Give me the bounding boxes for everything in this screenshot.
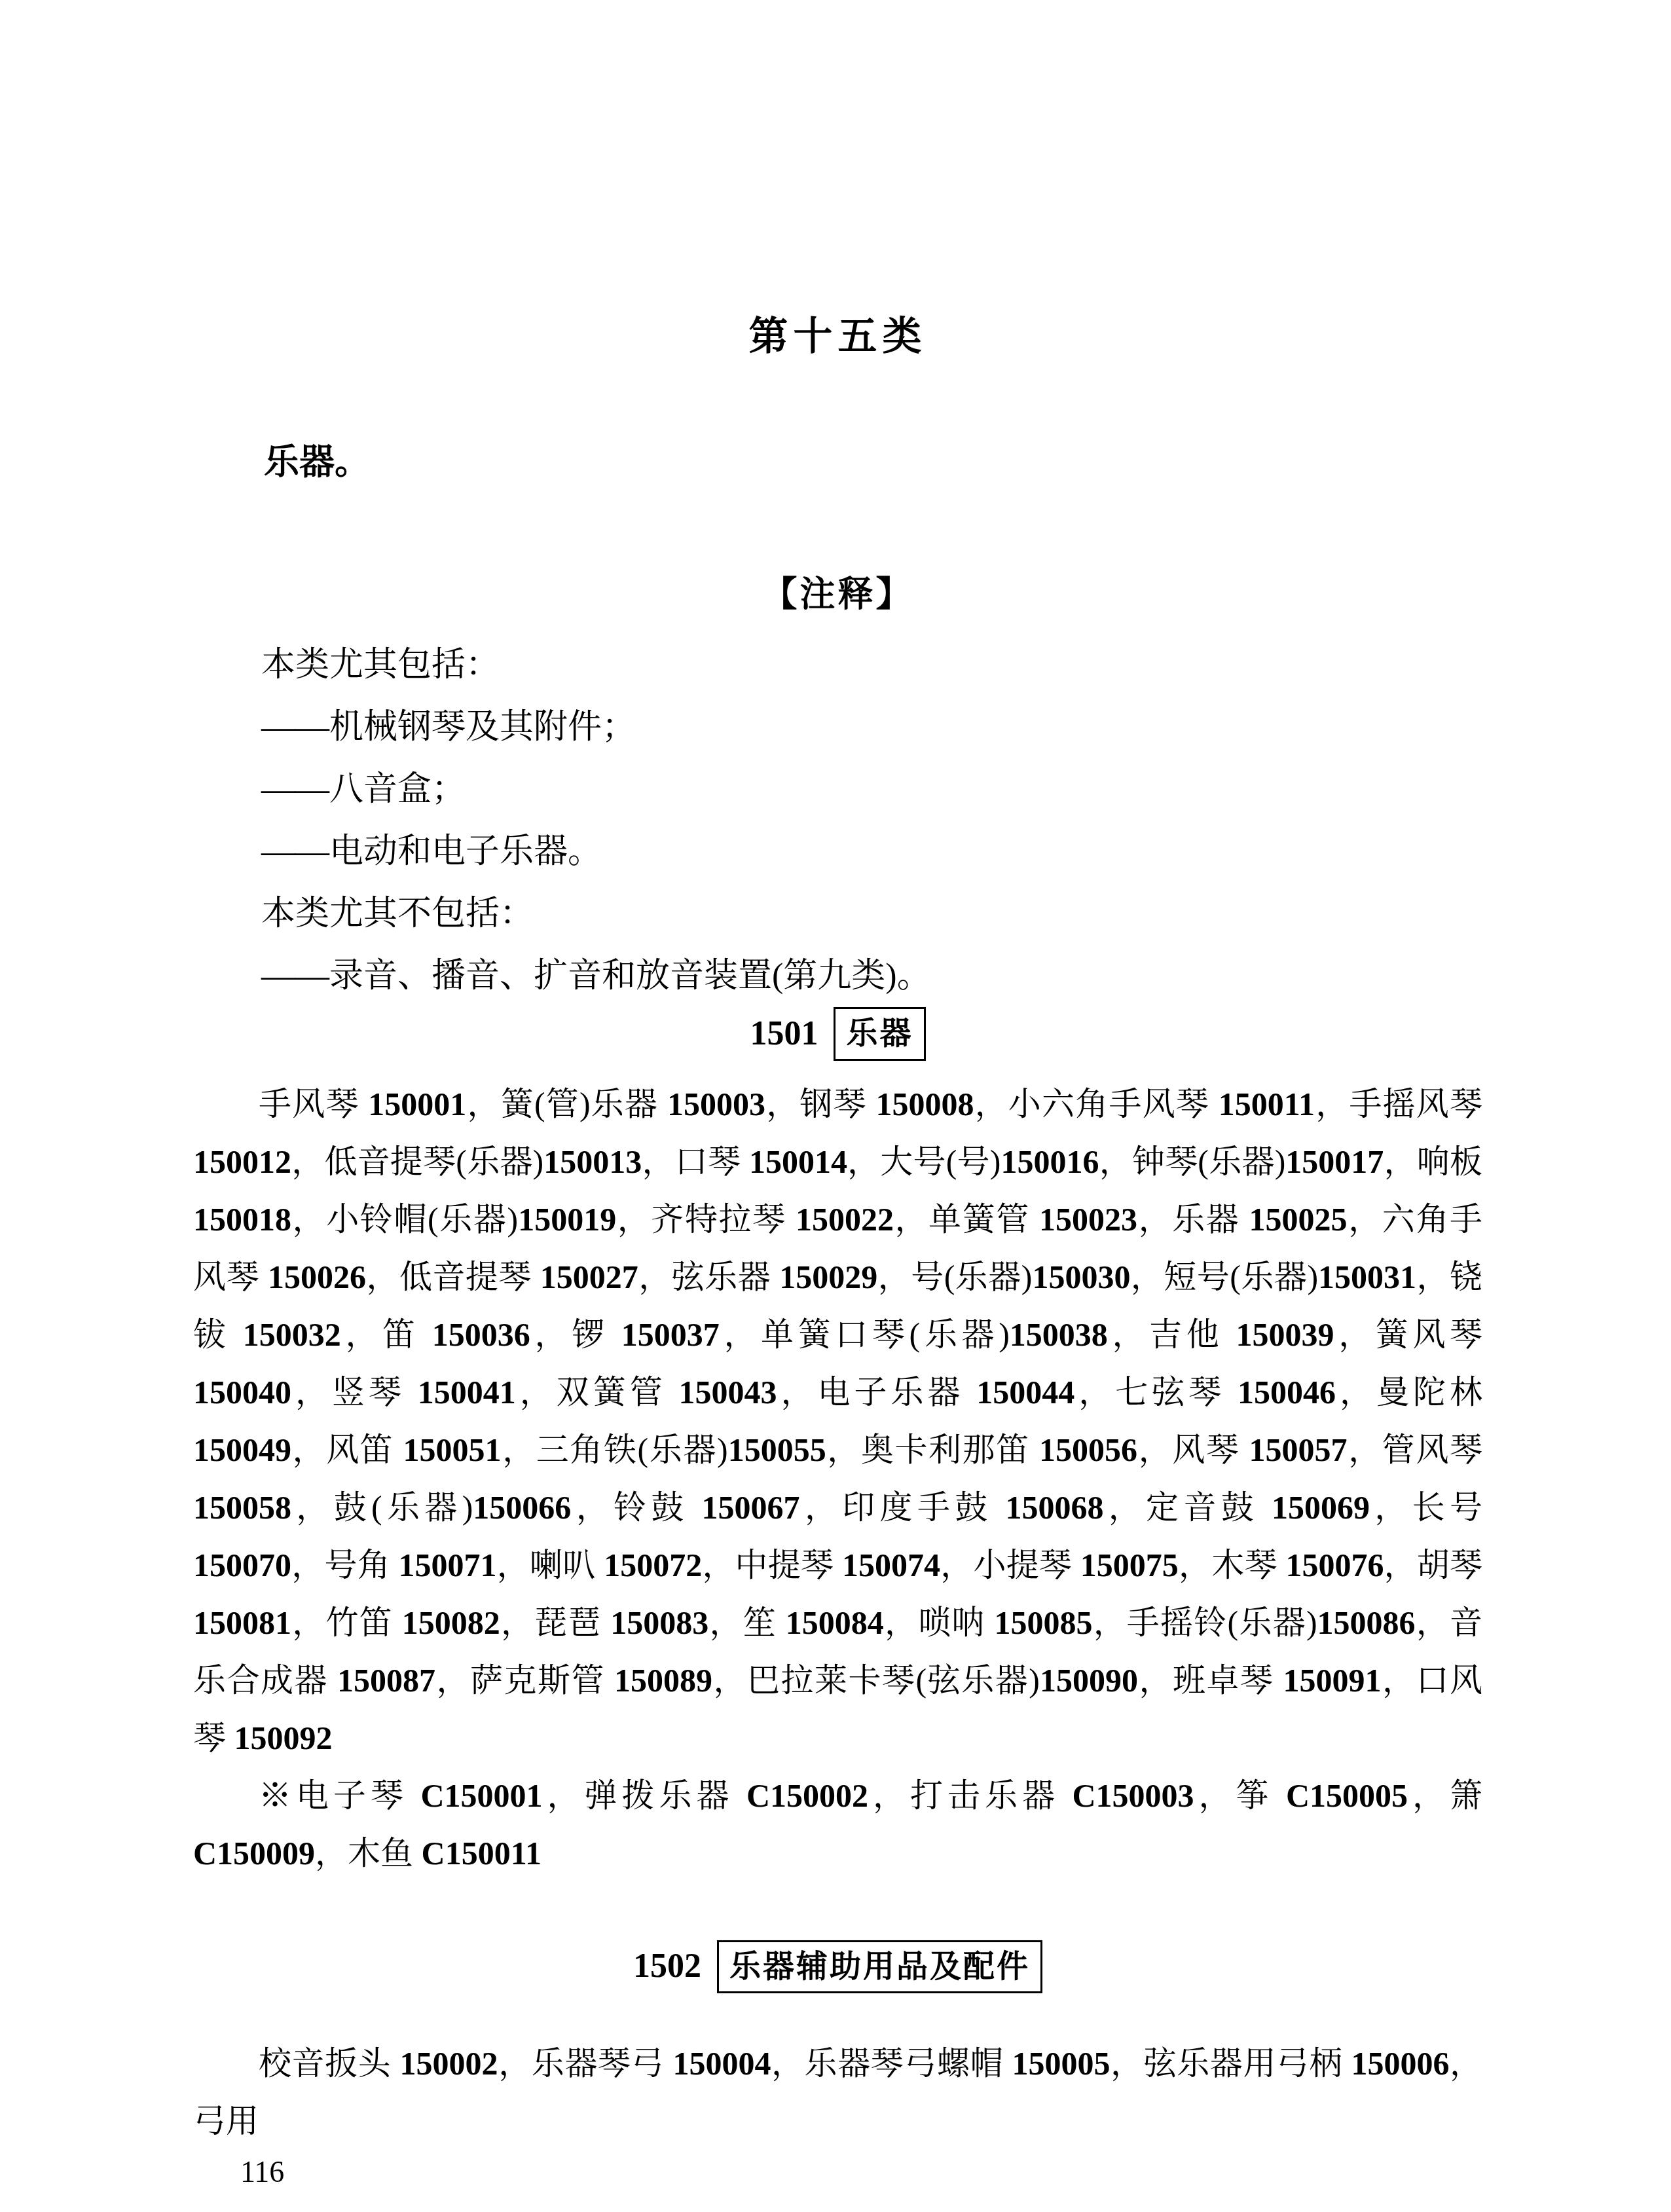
page-title: 第十五类 bbox=[193, 0, 1482, 360]
document-page: 第十五类 乐器。 【注释】 本类尤其包括： ——机械钢琴及其附件； ——八音盒；… bbox=[0, 0, 1671, 2212]
section-heading-1501: 1501乐器 bbox=[193, 1007, 1482, 1061]
section-heading-1502: 1502乐器辅助用品及配件 bbox=[193, 1940, 1482, 1994]
note-item: ——录音、播音、扩音和放音装置(第九类)。 bbox=[193, 945, 1482, 1007]
notes-excludes-label: 本类尤其不包括： bbox=[193, 883, 1482, 945]
section-name-box: 乐器 bbox=[834, 1007, 925, 1061]
note-item: ——八音盒； bbox=[193, 758, 1482, 820]
note-item: ——电动和电子乐器。 bbox=[193, 820, 1482, 883]
class-description: 乐器。 bbox=[193, 439, 1482, 486]
page-content: 第十五类 乐器。 【注释】 本类尤其包括： ——机械钢琴及其附件； ——八音盒；… bbox=[0, 0, 1671, 2190]
notes-includes-label: 本类尤其包括： bbox=[193, 634, 1482, 696]
section-code: 1502 bbox=[633, 1949, 701, 1983]
section-1501-goods-paragraph: 手风琴 150001，簧(管)乐器 150003，钢琴 150008，小六角手风… bbox=[193, 1075, 1482, 1767]
section-code: 1501 bbox=[750, 1017, 818, 1051]
note-item: ——机械钢琴及其附件； bbox=[193, 696, 1482, 758]
section-name-box: 乐器辅助用品及配件 bbox=[717, 1940, 1042, 1994]
section-1502-goods-paragraph: 校音扳头 150002，乐器琴弓 150004，乐器琴弓螺帽 150005，弦乐… bbox=[193, 2035, 1482, 2150]
section-1501-supplement-paragraph: ※电子琴 C150001，弹拨乐器 C150002，打击乐器 C150003，筝… bbox=[193, 1767, 1482, 1882]
page-number: 116 bbox=[240, 2154, 1482, 2190]
notes-block: 本类尤其包括： ——机械钢琴及其附件； ——八音盒； ——电动和电子乐器。 本类… bbox=[193, 634, 1482, 1007]
notes-heading: 【注释】 bbox=[193, 572, 1482, 617]
